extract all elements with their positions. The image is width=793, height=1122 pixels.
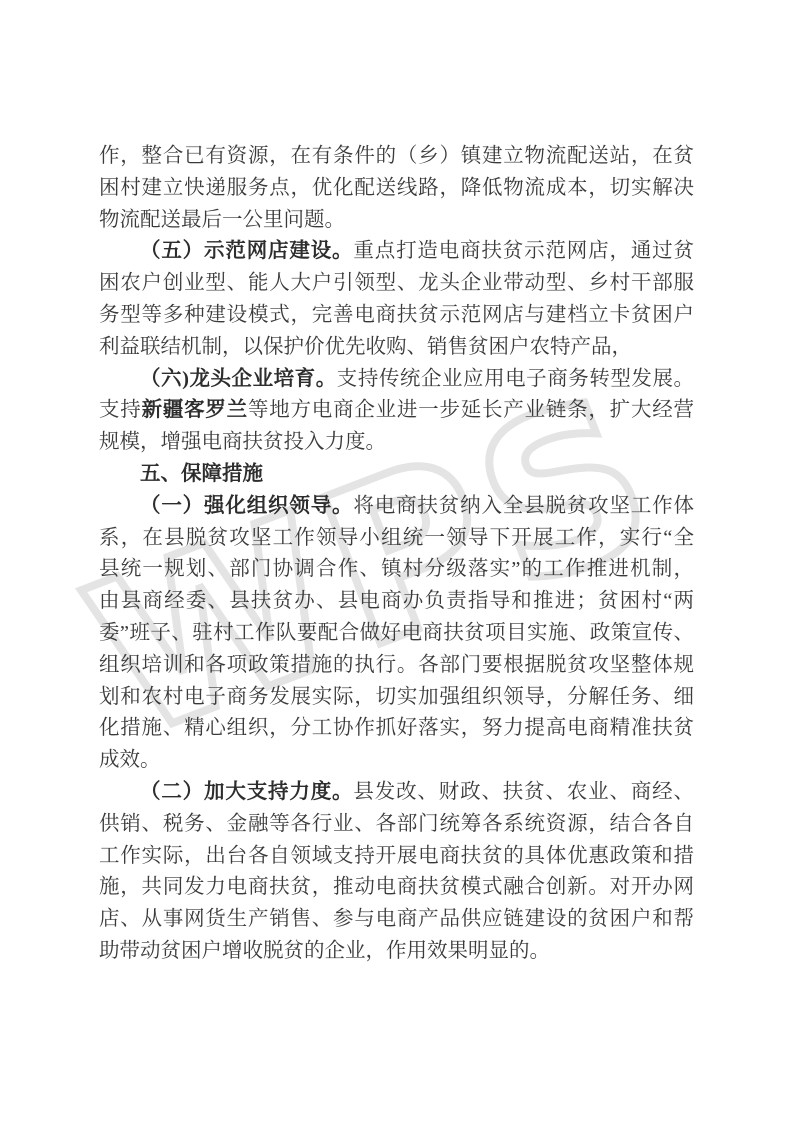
text-segment: 县发改、财政、扶贫、农业、商经、 (353, 781, 694, 803)
text-line: 助带动贫困户增收脱贫的企业，作用效果明显的。 (99, 936, 694, 968)
text-segment: 作，整合已有资源，在有条件的（乡）镇建立物流配送站，在贫 (99, 145, 694, 167)
text-line: 支持新疆客罗兰等地方电商企业进一步延长产业链条，扩大经营 (99, 395, 694, 427)
text-line: 组织培训和各项政策措施的执行。各部门要根据脱贫攻坚整体规 (99, 650, 694, 682)
text-line: 县统一规划、部门协调合作、镇村分级落实”的工作推进机制， (99, 554, 694, 586)
text-line: 务型等多种建设模式，完善电商扶贫示范网店与建档立卡贫困户 (99, 300, 694, 332)
text-segment: 助带动贫困户增收脱贫的企业，作用效果明显的。 (99, 940, 550, 962)
text-line: （一）强化组织领导。将电商扶贫纳入全县脱贫攻坚工作体 (99, 491, 694, 523)
text-line: 施，共同发力电商扶贫，推动电商扶贫模式融合创新。对开办网 (99, 872, 694, 904)
text-line: 困村建立快递服务点，优化配送线路，降低物流成本，切实解决 (99, 173, 694, 205)
text-line: 店、从事网货生产销售、参与电商产品供应链建设的贫困户和帮 (99, 904, 694, 936)
text-segment: 组织培训和各项政策措施的执行。各部门要根据脱贫攻坚整体规 (99, 654, 694, 676)
text-segment: 县统一规划、部门协调合作、镇村分级落实”的工作推进机制， (99, 558, 694, 580)
text-segment: 困农户创业型、能人大户引领型、龙头企业带动型、乡村干部服 (99, 272, 694, 294)
text-segment: 等地方电商企业进一步延长产业链条，扩大经营 (248, 399, 694, 421)
text-segment: 工作实际，出台各自领域支持开展电商扶贫的具体优惠政策和措 (99, 845, 694, 867)
text-segment: 支持 (99, 399, 142, 421)
text-segment: 物流配送最后一公里问题。 (99, 209, 345, 231)
text-line: 工作实际，出台各自领域支持开展电商扶贫的具体优惠政策和措 (99, 841, 694, 873)
text-segment: 将电商扶贫纳入全县脱贫攻坚工作体 (353, 495, 694, 517)
text-segment: 化措施、精心组织，分工协作抓好落实，努力提高电商精准扶贫 (99, 717, 694, 739)
text-segment: 支持传统企业应用电子商务转型发展。 (337, 368, 694, 390)
text-line: （六)龙头企业培育。支持传统企业应用电子商务转型发展。 (99, 364, 694, 396)
text-line: 利益联结机制，以保护价优先收购、销售贫困户农特产品， (99, 332, 694, 364)
text-segment: 供销、税务、金融等各行业、各部门统筹各系统资源，结合各自 (99, 813, 694, 835)
text-segment: 划和农村电子商务发展实际，切实加强组织领导，分解任务、细 (99, 686, 694, 708)
text-segment: 困村建立快递服务点，优化配送线路，降低物流成本，切实解决 (99, 177, 694, 199)
bold-text-segment: （二）加大支持力度。 (140, 781, 353, 803)
text-segment: 委”班子、驻村工作队要配合做好电商扶贫项目实施、政策宣传、 (99, 622, 694, 644)
text-line: 由县商经委、县扶贫办、县电商办负责指导和推进；贫困村“两 (99, 586, 694, 618)
document-text: 作，整合已有资源，在有条件的（乡）镇建立物流配送站，在贫困村建立快递服务点，优化… (99, 141, 694, 968)
text-line: 五、保障措施 (99, 459, 694, 491)
text-segment: 利益联结机制，以保护价优先收购、销售贫困户农特产品， (99, 336, 632, 358)
text-line: 化措施、精心组织，分工协作抓好落实，努力提高电商精准扶贫 (99, 713, 694, 745)
bold-text-segment: 新疆客罗兰 (142, 399, 248, 421)
bold-text-segment: （五）示范网店建设。 (140, 240, 353, 262)
text-segment: 成效。 (99, 749, 161, 771)
text-line: 划和农村电子商务发展实际，切实加强组织领导，分解任务、细 (99, 682, 694, 714)
text-segment: 务型等多种建设模式，完善电商扶贫示范网店与建档立卡贫困户 (99, 304, 694, 326)
text-line: （二）加大支持力度。县发改、财政、扶贫、农业、商经、 (99, 777, 694, 809)
text-line: 委”班子、驻村工作队要配合做好电商扶贫项目实施、政策宣传、 (99, 618, 694, 650)
text-line: 成效。 (99, 745, 694, 777)
text-line: 规模，增强电商扶贫投入力度。 (99, 427, 694, 459)
text-segment: 系，在县脱贫攻坚工作领导小组统一领导下开展工作，实行“全 (99, 527, 694, 549)
document-page: WPS 作，整合已有资源，在有条件的（乡）镇建立物流配送站，在贫困村建立快递服务… (0, 0, 793, 1122)
bold-text-segment: （六)龙头企业培育。 (140, 368, 337, 390)
bold-text-segment: （一）强化组织领导。 (140, 495, 353, 517)
text-segment: 由县商经委、县扶贫办、县电商办负责指导和推进；贫困村“两 (99, 590, 694, 612)
text-segment: 重点打造电商扶贫示范网店，通过贫 (353, 240, 694, 262)
text-line: 物流配送最后一公里问题。 (99, 205, 694, 237)
text-segment: 店、从事网货生产销售、参与电商产品供应链建设的贫困户和帮 (99, 908, 694, 930)
text-line: 系，在县脱贫攻坚工作领导小组统一领导下开展工作，实行“全 (99, 523, 694, 555)
bold-text-segment: 五、保障措施 (140, 463, 263, 485)
text-line: 供销、税务、金融等各行业、各部门统筹各系统资源，结合各自 (99, 809, 694, 841)
text-segment: 规模，增强电商扶贫投入力度。 (99, 431, 386, 453)
text-line: （五）示范网店建设。重点打造电商扶贫示范网店，通过贫 (99, 236, 694, 268)
text-line: 困农户创业型、能人大户引领型、龙头企业带动型、乡村干部服 (99, 268, 694, 300)
text-line: 作，整合已有资源，在有条件的（乡）镇建立物流配送站，在贫 (99, 141, 694, 173)
text-segment: 施，共同发力电商扶贫，推动电商扶贫模式融合创新。对开办网 (99, 876, 694, 898)
